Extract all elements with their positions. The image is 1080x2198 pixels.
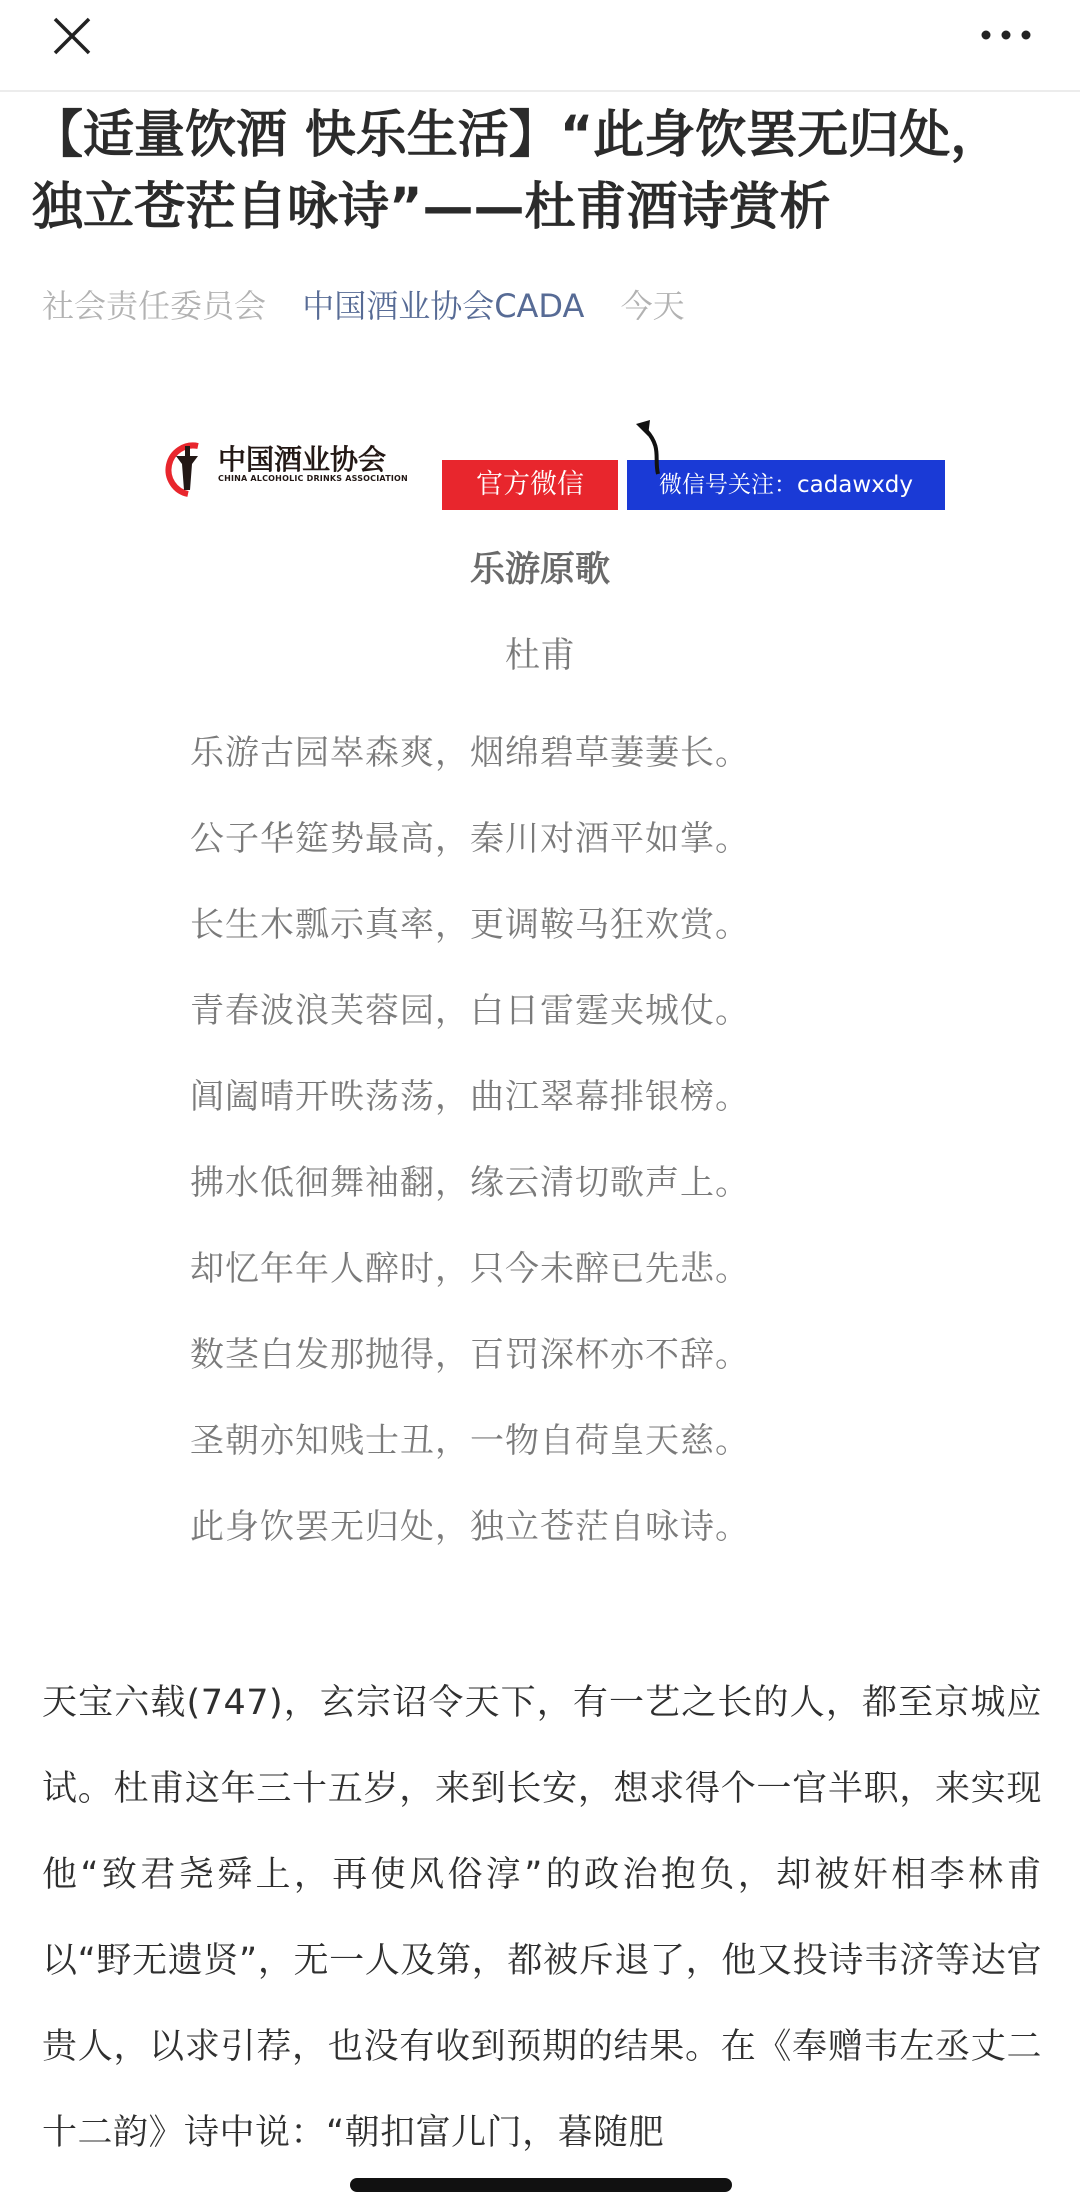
association-logo: 中国酒业协会 CHINA ALCOHOLIC DRINKS ASSOCIATIO… [158,438,418,498]
poem-title: 乐游原歌 [0,540,1080,600]
publish-date: 今天 [621,287,685,325]
article-author: 社会责任委员会 [42,287,266,325]
official-account-link[interactable]: 中国酒业协会CADA [302,287,584,325]
poem-line: 此身饮罢无归处，独立苍茫自咏诗。 [190,1484,910,1570]
poem-author: 杜甫 [0,626,1080,686]
poem-line: 阊阖晴开昳荡荡，曲江翠幕排银榜。 [190,1054,910,1140]
close-button[interactable] [50,14,94,58]
close-icon [50,14,94,58]
official-wechat-badge: 官方微信 [442,460,618,510]
more-options-button[interactable] [976,20,1036,50]
poem-line: 长生木瓢示真率，更调鞍马狂欢赏。 [190,882,910,968]
poem-line: 青春波浪芙蓉园，白日雷霆夹城仗。 [190,968,910,1054]
article-title: 【适量饮酒 快乐生活】“此身饮罢无归处，独立苍茫自咏诗”——杜甫酒诗赏析 [32,100,1052,244]
poem-line: 公子华筵势最高，秦川对酒平如掌。 [190,796,910,882]
header-banner-image: 中国酒业协会 CHINA ALCOHOLIC DRINKS ASSOCIATIO… [158,400,948,510]
logo-text-cn: 中国酒业协会 [218,438,386,478]
top-bar [0,0,1080,92]
poem-line: 乐游古园崒森爽，烟绵碧草萋萋长。 [190,710,910,796]
article-meta: 社会责任委员会 中国酒业协会CADA 今天 [42,282,685,330]
home-indicator[interactable] [350,2178,732,2192]
more-horizontal-icon [976,20,1036,50]
poem-line: 数茎白发那抛得，百罚深杯亦不辞。 [190,1312,910,1398]
logo-text-en: CHINA ALCOHOLIC DRINKS ASSOCIATION [218,474,408,483]
poem-line: 拂水低徊舞袖翻，缘云清切歌声上。 [190,1140,910,1226]
article-paragraph: 天宝六载(747)，玄宗诏令天下，有一艺之长的人，都至京城应试。杜甫这年三十五岁… [42,1660,1042,2176]
association-emblem-icon [158,438,216,498]
curved-arrow-icon [628,408,688,478]
poem-line: 却忆年年人醉时，只今未醉已先悲。 [190,1226,910,1312]
poem-body: 乐游古园崒森爽，烟绵碧草萋萋长。 公子华筵势最高，秦川对酒平如掌。 长生木瓢示真… [190,710,910,1570]
poem-line: 圣朝亦知贱士丑，一物自荷皇天慈。 [190,1398,910,1484]
